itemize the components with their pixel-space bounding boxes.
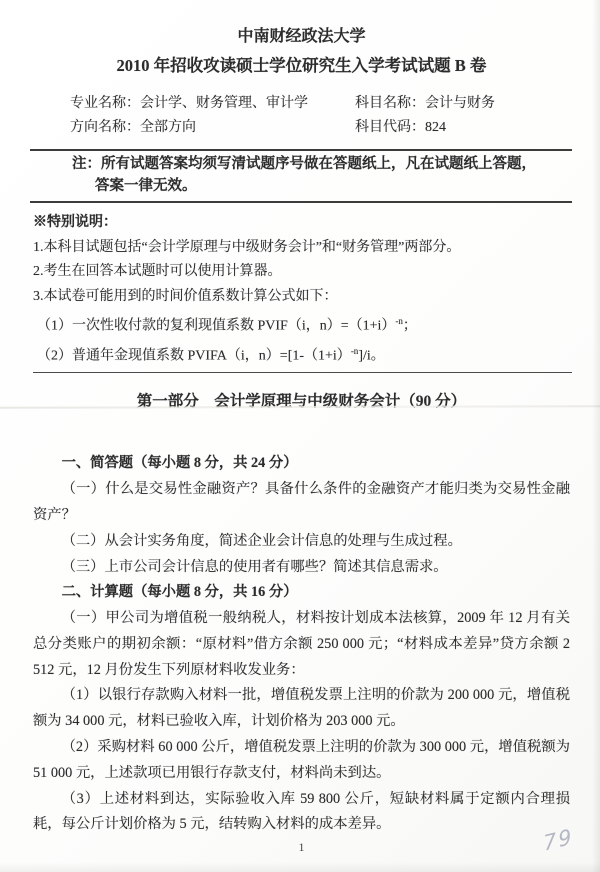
info-subject-code-value: 824 (425, 120, 446, 135)
special-instructions: ※特别说明： 1.本科目试题包括“会计学原理与中级财务会计”和“财务管理”两部分… (33, 211, 572, 373)
info-direction: 方向名称：全部方向 (70, 116, 355, 140)
info-subject-name-value: 会计与财务 (425, 96, 495, 111)
page-number: 1 (33, 840, 570, 855)
info-major-label: 专业名称： (70, 96, 140, 111)
q2-item-1: （1）以银行存款购入材料一批，增值税发票上注明的价款为 200 000 元，增值… (33, 683, 570, 735)
scan-edge-shadow-right (592, 0, 600, 872)
q2-item-3: （3）上述材料到达，实际验收入库 59 800 公斤，短缺材料属于定额内合理损耗… (33, 787, 570, 839)
q2-intro: （一）甲公司为增值税一般纳税人，材料按计划成本法核算，2009 年 12 月有关… (33, 606, 570, 683)
formula-pvifa-tail: ]/i。 (358, 349, 384, 364)
formula-pvif-body: （1）一次性收付款的复利现值系数 PVIF（i，n）=（1+i） (37, 319, 395, 334)
info-direction-label: 方向名称： (70, 120, 140, 135)
special-instructions-heading: ※特别说明： (33, 211, 572, 236)
special-note-3: 3.本试卷可能用到的时间价值系数计算公式如下： (33, 285, 572, 310)
exam-paper-page: 中南财经政法大学 2010 年招收攻读硕士学位研究生入学考试试题 B 卷 专业名… (0, 0, 600, 872)
info-major-value: 会计学、财务管理、审计学 (140, 96, 308, 111)
special-note-2: 2.考生在回答本试题时可以使用计算器。 (33, 260, 572, 285)
info-direction-value: 全部方向 (140, 120, 196, 135)
info-subject-name-label: 科目名称： (355, 96, 425, 111)
info-subject-code: 科目代码：824 (355, 116, 570, 140)
notice-line-1: 注：所有试题答案均须写清试题序号做在答题纸上，凡在试题纸上答题， (30, 154, 572, 176)
q2-item-2: （2）采购材料 60 000 公斤，增值税发票上注明的价款为 300 000 元… (33, 735, 570, 787)
formula-pvifa-body: （2）普通年金现值系数 PVIFA（i，n）=[1-（1+i） (37, 349, 351, 364)
info-subject-code-label: 科目代码： (355, 120, 425, 135)
info-subject-name: 科目名称：会计与财务 (355, 92, 570, 116)
q1-item-2: （二）从会计实务角度，简述企业会计信息的处理与生成过程。 (33, 529, 570, 555)
exam-info-block: 专业名称：会计学、财务管理、审计学 科目名称：会计与财务 方向名称：全部方向 科… (33, 92, 570, 140)
part1-section-title: 第一部分 会计学原理与中级财务会计（90 分） (33, 389, 570, 415)
formula-pvif: （1）一次性收付款的复利现值系数 PVIF（i，n）=（1+i）-n； (33, 309, 572, 339)
info-major: 专业名称：会计学、财务管理、审计学 (70, 92, 355, 116)
q2-heading: 二、计算题（每小题 8 分，共 16 分） (33, 580, 570, 606)
university-name: 中南财经政法大学 (33, 26, 570, 48)
exam-title: 2010 年招收攻读硕士学位研究生入学考试试题 B 卷 (33, 54, 570, 78)
formula-pvifa: （2）普通年金现值系数 PVIFA（i，n）=[1-（1+i）-n]/i。 (33, 339, 572, 369)
formula-pvif-tail: ； (403, 319, 417, 334)
formula-pvif-exponent: -n (395, 316, 403, 326)
special-note-1: 1.本科目试题包括“会计学原理与中级财务会计”和“财务管理”两部分。 (33, 236, 572, 261)
answer-sheet-notice: 注：所有试题答案均须写清试题序号做在答题纸上，凡在试题纸上答题， 答案一律无效。 (30, 149, 572, 203)
q1-item-3: （三）上市公司会计信息的使用者有哪些？简述其信息需求。 (33, 555, 570, 581)
q1-item-1: （一）什么是交易性金融资产？具备什么条件的金融资产才能归类为交易性金融资产？ (33, 477, 570, 529)
scan-edge-shadow-bottom (0, 862, 600, 872)
q1-heading: 一、简答题（每小题 8 分，共 24 分） (33, 451, 570, 477)
question-area: 一、简答题（每小题 8 分，共 24 分） （一）什么是交易性金融资产？具备什么… (33, 451, 570, 838)
notice-line-2: 答案一律无效。 (30, 176, 572, 198)
